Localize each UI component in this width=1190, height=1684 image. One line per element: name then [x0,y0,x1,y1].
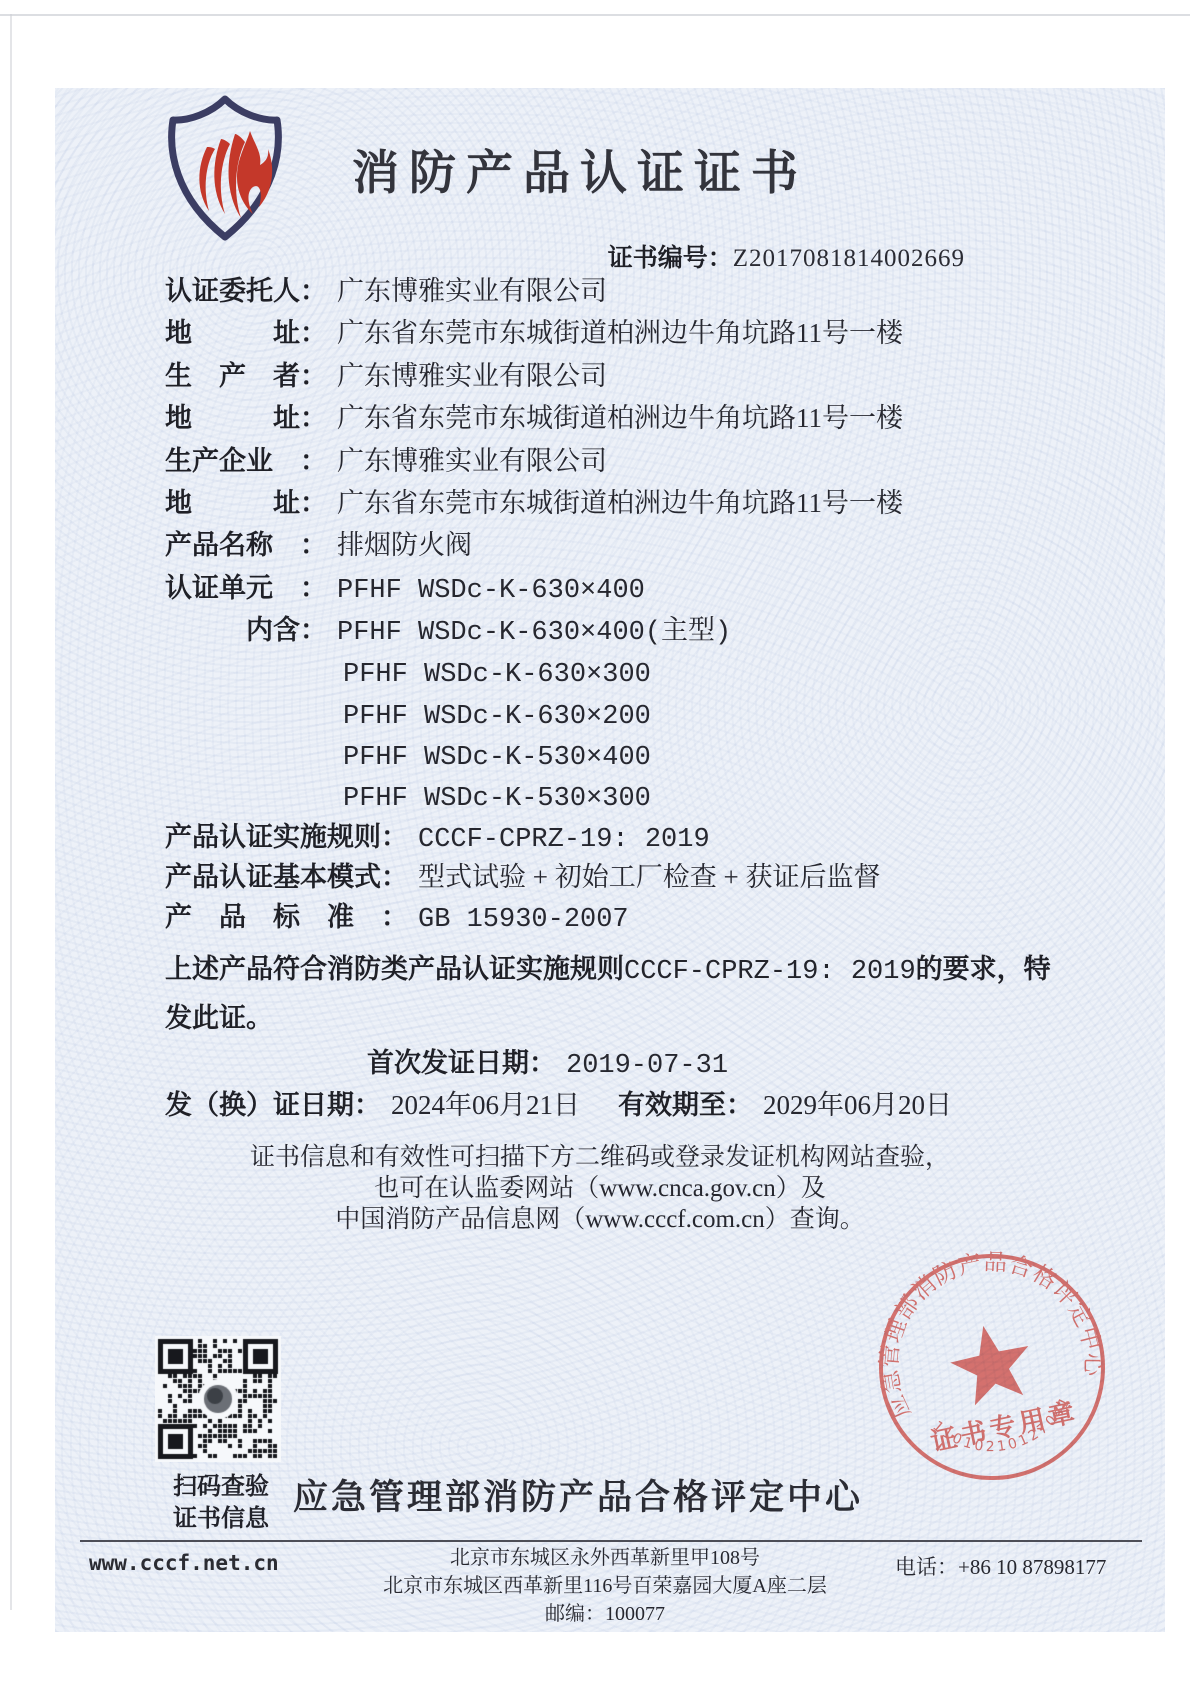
field-row-certification-unit: 认证单元 ：PFHF WSDc-K-630×400 [165,575,645,605]
footer-divider [80,1540,1142,1542]
field-value: 广东省东莞市东城街道柏洲边牛角坑路11号一楼 [337,488,903,518]
footer-postcode: 邮编：100077 [335,1600,875,1628]
field-row-manufacturer: 生产企业 ：广东博雅实业有限公司 [165,448,607,475]
footer-address-line2: 北京市东城区西革新里116号百荣嘉园大厦A座二层 [335,1572,875,1600]
field-row-producer-address: 地 址：广东省东莞市东城街道柏洲边牛角坑路11号一楼 [165,405,903,432]
model-item: PFHF WSDc-K-630×300 [343,660,651,690]
field-value: 广东博雅实业有限公司 [337,446,607,476]
field-row-product-standard: 产 品 标 准 ：GB 15930-2007 [165,904,629,934]
field-row-manufacturer-address: 地 址：广东省东莞市东城街道柏洲边牛角坑路11号一楼 [165,490,903,517]
field-value: 广东省东莞市东城街道柏洲边牛角坑路11号一楼 [337,403,903,433]
model-item: PFHF WSDc-K-630×400(主型) [337,618,731,648]
first-issue-date-value: 2019-07-31 [566,1051,728,1081]
model-item: PFHF WSDc-K-530×300 [343,784,651,814]
seal-star-icon [944,1318,1038,1409]
verification-note-line: 也可在认监委网站（www.cnca.gov.cn）及 [135,1173,1065,1204]
reissue-date-label: 发（换）证日期： [165,1090,381,1121]
field-row-producer: 生 产 者：广东博雅实业有限公司 [165,363,607,390]
model-item: PFHF WSDc-K-630×200 [343,702,651,732]
verification-note-line: 中国消防产品信息网（www.cccf.com.cn）查询。 [135,1204,1065,1235]
conformity-statement: 上述产品符合消防类产品认证实施规则CCCF-CPRZ-19: 2019的要求，特… [165,946,1070,1042]
field-label: 产 品 标 准 ： [165,902,408,933]
models-label: 内含： [165,615,327,646]
field-value: 排烟防火阀 [337,530,472,560]
valid-until-value: 2029年06月20日 [763,1090,952,1120]
field-value: 型式试验 + 初始工厂检查 + 获证后监督 [418,862,880,892]
field-label: 产品认证实施规则： [165,822,408,853]
valid-until-label: 有效期至： [618,1090,753,1121]
statement-rule-code: CCCF-CPRZ-19: 2019 [624,957,916,987]
reissue-date-value: 2024年06月21日 [391,1090,580,1120]
verification-note: 证书信息和有效性可扫描下方二维码或登录发证机构网站查验， 也可在认监委网站（ww… [135,1142,1065,1235]
footer-address-line1: 北京市东城区永外西革新里甲108号 [335,1544,875,1572]
certificate-number-line: 证书编号：Z2017081814002669 [608,238,965,274]
scan-edge-top [0,14,1190,16]
verification-note-line: 证书信息和有效性可扫描下方二维码或登录发证机构网站查验， [135,1142,1065,1173]
footer-address-block: 北京市东城区永外西革新里甲108号 北京市东城区西革新里116号百荣嘉园大厦A座… [335,1544,875,1628]
models-row: PFHF WSDc-K-530×300 [343,783,651,813]
official-seal-stamp: 应急管理部消防产品合格评定中心 证书专用章 11010210127041 [872,1247,1112,1487]
field-value: PFHF WSDc-K-630×400 [337,576,645,606]
field-label: 生 产 者： [165,361,327,392]
field-row-product-name: 产品名称 ：排烟防火阀 [165,532,472,559]
field-value: 广东博雅实业有限公司 [337,276,607,306]
field-label: 地 址： [165,488,327,519]
field-label: 产品名称 ： [165,530,327,561]
footer-website: www.cccf.net.cn [89,1551,279,1575]
field-label: 认证单元 ： [165,573,327,604]
models-row-main: 内含：PFHF WSDc-K-630×400(主型) [165,617,731,647]
field-label: 认证委托人： [165,276,327,307]
model-item: PFHF WSDc-K-530×400 [343,743,651,773]
field-label: 产品认证基本模式： [165,862,408,893]
qr-caption-line2: 证书信息 [151,1498,291,1533]
certificate-number-label: 证书编号： [608,243,733,272]
certificate-page: 消防产品认证证书 证书编号：Z2017081814002669 认证委托人：广东… [0,0,1190,1684]
field-label: 地 址： [165,318,327,349]
qr-code [155,1336,281,1462]
field-row-implementation-rule: 产品认证实施规则：CCCF-CPRZ-19: 2019 [165,824,710,854]
field-label: 生产企业 ： [165,446,327,477]
field-value: 广东博雅实业有限公司 [337,361,607,391]
statement-text: 上述产品符合消防类产品认证实施规则 [165,954,624,985]
first-issue-date-label: 首次发证日期： [367,1048,556,1079]
qr-caption-line1: 扫码查验 [151,1466,291,1501]
first-issue-date-row: 首次发证日期：2019-07-31 [367,1050,728,1080]
field-row-applicant-address: 地 址：广东省东莞市东城街道柏洲边牛角坑路11号一楼 [165,320,903,347]
models-row: PFHF WSDc-K-530×400 [343,742,651,772]
field-value: GB 15930-2007 [418,905,629,935]
models-row: PFHF WSDc-K-630×300 [343,659,651,689]
certificate-sheet: 消防产品认证证书 证书编号：Z2017081814002669 认证委托人：广东… [55,88,1165,1632]
field-label: 地 址： [165,403,327,434]
reissue-date-row: 发（换）证日期：2024年06月21日有效期至：2029年06月20日 [165,1092,952,1119]
models-row: PFHF WSDc-K-630×200 [343,701,651,731]
scan-edge-left [10,14,12,1610]
field-row-applicant: 认证委托人：广东博雅实业有限公司 [165,278,607,305]
certificate-number-value: Z2017081814002669 [733,245,965,272]
footer-phone: 电话：+86 10 87898177 [895,1551,1106,1581]
field-value: CCCF-CPRZ-19: 2019 [418,825,710,855]
field-row-basic-mode: 产品认证基本模式：型式试验 + 初始工厂检查 + 获证后监督 [165,864,880,891]
page-title: 消防产品认证证书 [25,136,1135,203]
field-value: 广东省东莞市东城街道柏洲边牛角坑路11号一楼 [337,318,903,348]
issuer-name: 应急管理部消防产品合格评定中心 [293,1470,863,1520]
